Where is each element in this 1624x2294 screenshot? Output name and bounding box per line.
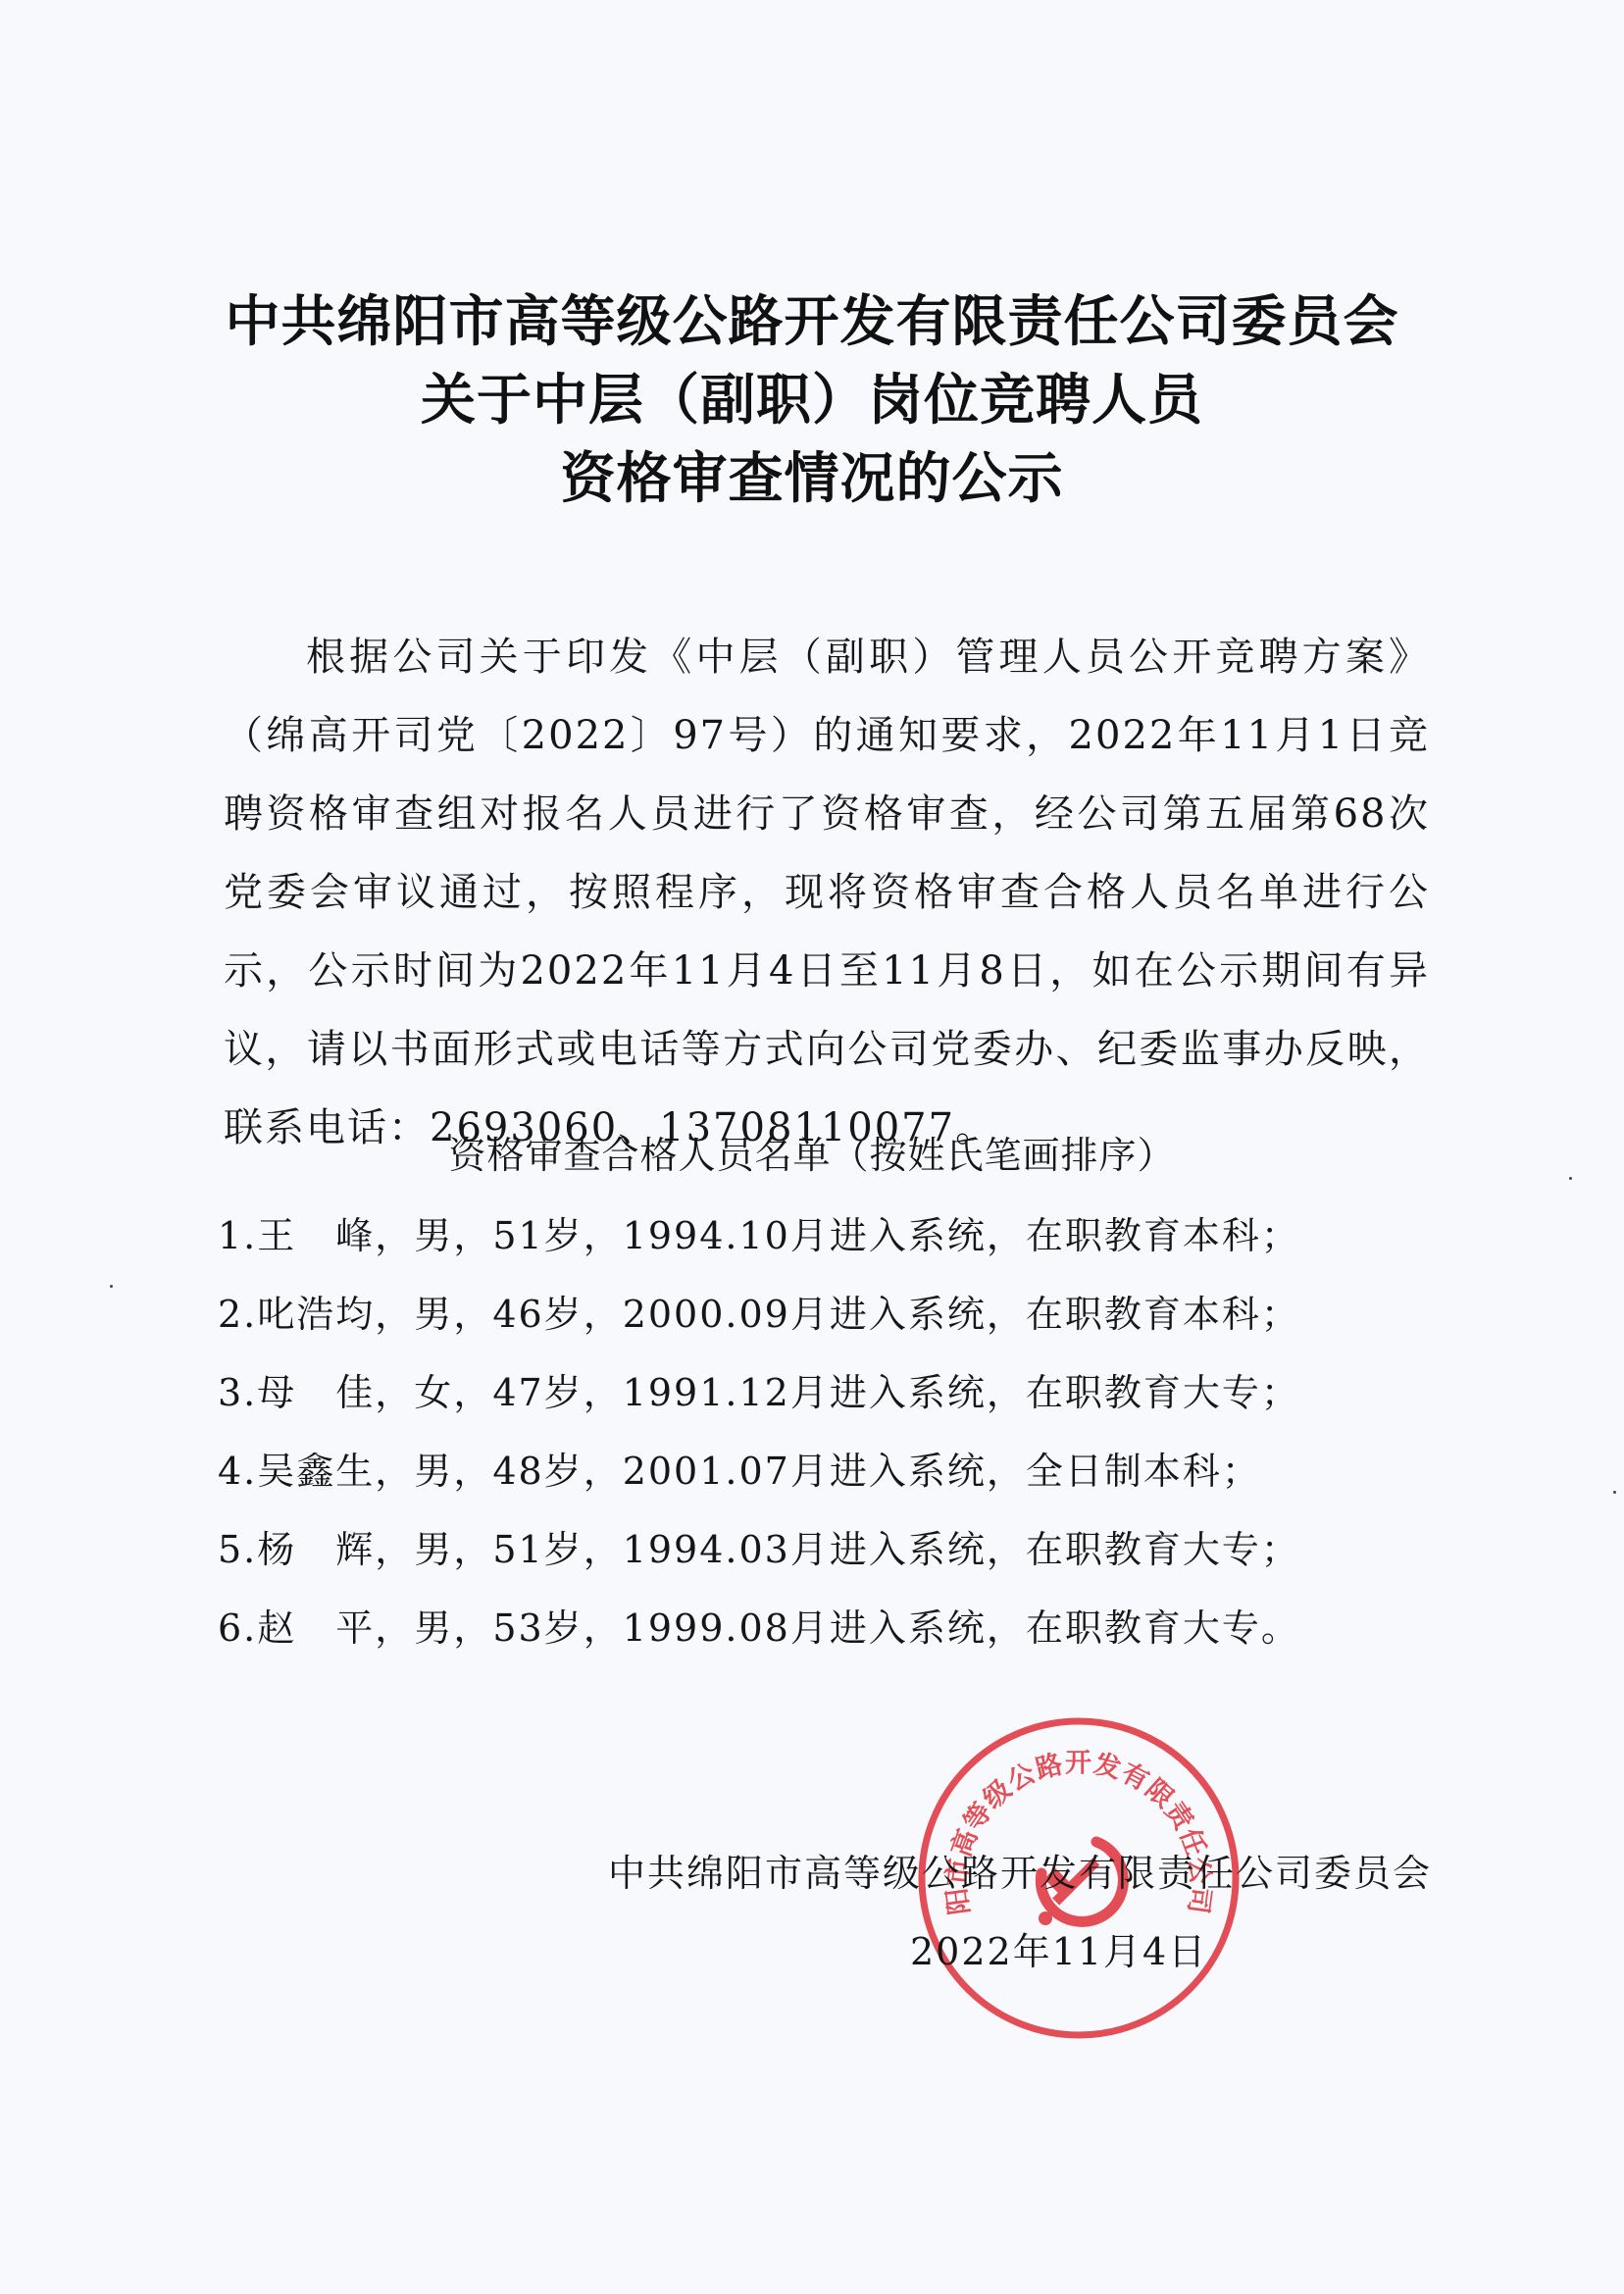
item-end: ； <box>1261 1293 1300 1336</box>
candidate-gender: 男 <box>414 1528 453 1571</box>
list-heading: 资格审查合格人员名单（按姓氏笔画排序） <box>0 1118 1624 1193</box>
candidate-gender: 男 <box>414 1606 453 1650</box>
list-item: 2.叱浩均，男，46岁，2000.09月进入系统，在职教育本科； <box>218 1275 1453 1353</box>
candidate-gender: 男 <box>414 1450 453 1493</box>
list-item: 6.赵 平，男，53岁，1999.08月进入系统，在职教育大专。 <box>218 1589 1453 1667</box>
item-index: 1. <box>218 1214 257 1257</box>
candidate-list: 1.王 峰，男，51岁，1994.10月进入系统，在职教育本科； 2.叱浩均，男… <box>218 1197 1453 1667</box>
item-end: ； <box>1261 1214 1300 1257</box>
document-page: 中共绵阳市高等级公路开发有限责任公司委员会 关于中层（副职）岗位竞聘人员 资格审… <box>0 0 1624 2294</box>
candidate-education: 在职教育大专 <box>1026 1528 1261 1571</box>
candidate-education: 在职教育大专 <box>1026 1606 1261 1650</box>
candidate-entry: 1994.10月进入系统 <box>623 1214 987 1257</box>
candidate-entry: 1994.03月进入系统 <box>623 1528 987 1571</box>
candidate-entry: 1999.08月进入系统 <box>623 1606 987 1650</box>
signature-date: 2022年11月4日 <box>910 1912 1207 1991</box>
item-end: 。 <box>1261 1606 1300 1650</box>
scan-speck <box>1569 1177 1572 1180</box>
candidate-name: 赵 平 <box>257 1606 375 1650</box>
candidate-age: 53岁 <box>492 1606 583 1650</box>
candidate-name: 杨 辉 <box>257 1528 375 1571</box>
candidate-name: 叱浩均 <box>257 1293 375 1336</box>
candidate-age: 51岁 <box>492 1528 583 1571</box>
body-paragraph: 根据公司关于印发《中层（副职）管理人员公开竞聘方案》（绵高开司党〔2022〕97… <box>224 618 1430 1167</box>
candidate-entry: 2000.09月进入系统 <box>623 1293 987 1336</box>
item-index: 3. <box>218 1371 257 1414</box>
list-item: 4.吴鑫生，男，48岁，2001.07月进入系统，全日制本科； <box>218 1432 1453 1510</box>
candidate-age: 47岁 <box>492 1371 583 1414</box>
candidate-age: 46岁 <box>492 1293 583 1336</box>
title-line-1: 中共绵阳市高等级公路开发有限责任公司委员会 <box>0 282 1624 361</box>
candidate-name: 王 峰 <box>257 1214 375 1257</box>
item-end: ； <box>1222 1450 1261 1493</box>
candidate-education: 在职教育大专 <box>1026 1371 1261 1414</box>
candidate-age: 51岁 <box>492 1214 583 1257</box>
list-item: 1.王 峰，男，51岁，1994.10月进入系统，在职教育本科； <box>218 1197 1453 1275</box>
candidate-entry: 1991.12月进入系统 <box>623 1371 987 1414</box>
item-index: 4. <box>218 1450 257 1493</box>
item-end: ； <box>1261 1528 1300 1571</box>
signature-organization: 中共绵阳市高等级公路开发有限责任公司委员会 <box>510 1834 1432 1912</box>
candidate-gender: 男 <box>414 1293 453 1336</box>
item-index: 5. <box>218 1528 257 1571</box>
candidate-gender: 女 <box>414 1371 453 1414</box>
item-end: ； <box>1261 1371 1300 1414</box>
candidate-education: 全日制本科 <box>1026 1450 1222 1493</box>
title-line-2: 关于中层（副职）岗位竞聘人员 <box>0 361 1624 439</box>
list-item: 3.母 佳，女，47岁，1991.12月进入系统，在职教育大专； <box>218 1353 1453 1432</box>
candidate-education: 在职教育本科 <box>1026 1214 1261 1257</box>
candidate-education: 在职教育本科 <box>1026 1293 1261 1336</box>
candidate-entry: 2001.07月进入系统 <box>623 1450 987 1493</box>
item-index: 2. <box>218 1293 257 1336</box>
document-title: 中共绵阳市高等级公路开发有限责任公司委员会 关于中层（副职）岗位竞聘人员 资格审… <box>0 282 1624 518</box>
scan-speck <box>1613 1491 1616 1494</box>
title-line-3: 资格审查情况的公示 <box>0 439 1624 518</box>
list-item: 5.杨 辉，男，51岁，1994.03月进入系统，在职教育大专； <box>218 1510 1453 1589</box>
candidate-gender: 男 <box>414 1214 453 1257</box>
candidate-name: 母 佳 <box>257 1371 375 1414</box>
candidate-age: 48岁 <box>492 1450 583 1493</box>
scan-speck <box>110 1285 113 1288</box>
item-index: 6. <box>218 1606 257 1650</box>
candidate-name: 吴鑫生 <box>257 1450 375 1493</box>
